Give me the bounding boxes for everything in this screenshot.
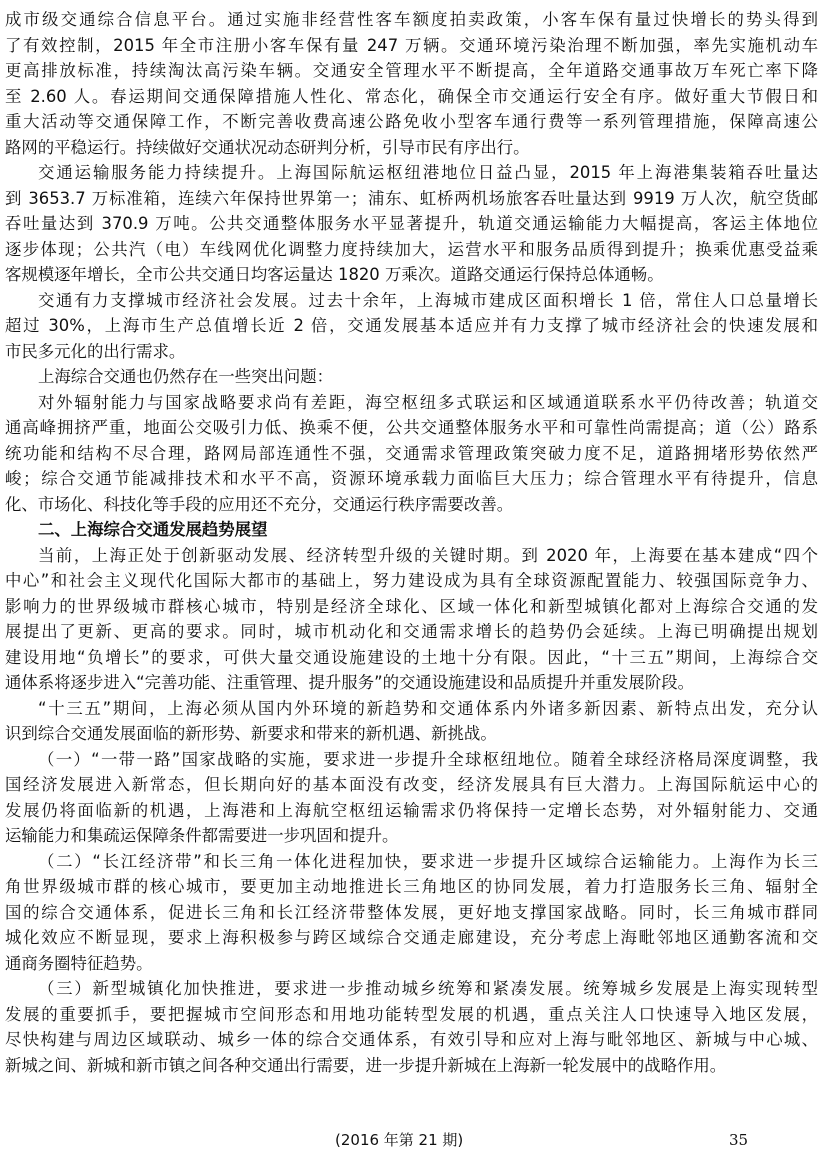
text-line: 吞吐量达到 370.9 万吨。公共交通整体服务水平显著提升，轨道交通运输能力大幅… xyxy=(5,211,818,237)
paragraph: 成市级交通综合信息平台。通过实施非经营性客车额度拍卖政策，小客车保有量过快增长的… xyxy=(5,7,818,160)
text-line: （三）新型城镇化加快推进，要求进一步推动城乡统筹和紧凑发展。统筹城乡发展是上海实… xyxy=(5,976,818,1002)
footer-page-number: 35 xyxy=(729,1129,748,1151)
document-body: 成市级交通综合信息平台。通过实施非经营性客车额度拍卖政策，小客车保有量过快增长的… xyxy=(5,7,818,1078)
text-line: 市民多元化的出行需求。 xyxy=(5,339,818,365)
paragraph: 交通运输服务能力持续提升。上海国际航运枢纽港地位日益凸显，2015 年上海港集装… xyxy=(5,160,818,288)
text-line: 客规模逐年增长，全市公共交通日均客运量达 1820 万乘次。道路交通运行保持总体… xyxy=(5,262,818,288)
text-line: 超过 30%，上海市生产总值增长近 2 倍，交通发展基本适应并有力支撑了城市经济… xyxy=(5,313,818,339)
text-line: 发展的重要抓手，要把握城市空间形态和用地功能转型发展的机遇，重点关注人口快速导入… xyxy=(5,1002,818,1028)
text-line: 重大活动等交通保障工作，不断完善收费高速公路免收小型客车通行费等一系列管理措施，… xyxy=(5,109,818,135)
text-line: 化、市场化、科技化等手段的应用还不充分，交通运行秩序需要改善。 xyxy=(5,492,818,518)
paragraph: 对外辐射能力与国家战略要求尚有差距，海空枢纽多式联运和区域通道联系水平仍待改善；… xyxy=(5,390,818,518)
text-line: 识到综合交通发展面临的新形势、新要求和带来的新机遇、新挑战。 xyxy=(5,721,818,747)
text-line: 了有效控制，2015 年全市注册小客车保有量 247 万辆。交通环境污染治理不断… xyxy=(5,33,818,59)
paragraph: 交通有力支撑城市经济社会发展。过去十余年，上海城市建成区面积增长 1 倍，常住人… xyxy=(5,288,818,365)
text-line: 角世界级城市群的核心城市，要更加主动地推进长三角地区的协同发展，着力打造服务长三… xyxy=(5,874,818,900)
text-line: 上海综合交通也仍然存在一些突出问题： xyxy=(5,364,818,390)
text-line: 统功能和结构不尽合理，路网局部连通性不强，交通需求管理政策突破力度不足，道路拥堵… xyxy=(5,441,818,467)
heading-text: 二、上海综合交通发展趋势展望 xyxy=(5,517,818,543)
text-line: （二）“长江经济带”和长三角一体化进程加快，要求进一步提升区域综合运输能力。上海… xyxy=(5,849,818,875)
text-line: 路网的平稳运行。持续做好交通状况动态研判分析，引导市民有序出行。 xyxy=(5,135,818,161)
text-line: 至 2.60 人。春运期间交通保障措施人性化、常态化，确保全市交通运行安全有序。… xyxy=(5,84,818,110)
text-line: 通商务圈特征趋势。 xyxy=(5,951,818,977)
text-line: 峻；综合交通节能减排技术和水平不高，资源环境承载力面临巨大压力；综合管理水平有待… xyxy=(5,466,818,492)
text-line: “十三五”期间，上海必须从国内外环境的新趋势和交通体系内外诸多新因素、新特点出发… xyxy=(5,696,818,722)
text-line: 新城之间、新城和新市镇之间各种交通出行需要，进一步提升新城在上海新一轮发展中的战… xyxy=(5,1053,818,1079)
text-line: 运输能力和集疏运保障条件都需要进一步巩固和提升。 xyxy=(5,823,818,849)
text-line: 当前，上海正处于创新驱动发展、经济转型升级的关键时期。到 2020 年，上海要在… xyxy=(5,543,818,569)
paragraph: 当前，上海正处于创新驱动发展、经济转型升级的关键时期。到 2020 年，上海要在… xyxy=(5,543,818,696)
paragraph: （一）“一带一路”国家战略的实施，要求进一步提升全球枢纽地位。随着全球经济格局深… xyxy=(5,747,818,849)
text-line: （一）“一带一路”国家战略的实施，要求进一步提升全球枢纽地位。随着全球经济格局深… xyxy=(5,747,818,773)
section-heading: 二、上海综合交通发展趋势展望 xyxy=(5,517,818,543)
text-line: 尽快构建与周边区域联动、城乡一体的综合交通体系，有效引导和应对上海与毗邻地区、新… xyxy=(5,1027,818,1053)
text-line: 通体系将逐步进入“完善功能、注重管理、提升服务”的交通设施建设和品质提升并重发展… xyxy=(5,670,818,696)
footer-issue-label: (2016 年第 21 期) xyxy=(335,1129,463,1151)
text-line: 到 3653.7 万标准箱，连续六年保持世界第一；浦东、虹桥两机场旅客吞吐量达到… xyxy=(5,186,818,212)
paragraph: “十三五”期间，上海必须从国内外环境的新趋势和交通体系内外诸多新因素、新特点出发… xyxy=(5,696,818,747)
paragraph: （三）新型城镇化加快推进，要求进一步推动城乡统筹和紧凑发展。统筹城乡发展是上海实… xyxy=(5,976,818,1078)
text-line: 国经济发展进入新常态，但长期向好的基本面没有改变，经济发展具有巨大潜力。上海国际… xyxy=(5,772,818,798)
text-line: 建设用地“负增长”的要求，可供大量交通设施建设的土地十分有限。因此，“十三五”期… xyxy=(5,645,818,671)
text-line: 展提出了更新、更高的要求。同时，城市机动化和交通需求增长的趋势仍会延续。上海已明… xyxy=(5,619,818,645)
text-line: 成市级交通综合信息平台。通过实施非经营性客车额度拍卖政策，小客车保有量过快增长的… xyxy=(5,7,818,33)
paragraph: （二）“长江经济带”和长三角一体化进程加快，要求进一步提升区域综合运输能力。上海… xyxy=(5,849,818,977)
text-line: 交通运输服务能力持续提升。上海国际航运枢纽港地位日益凸显，2015 年上海港集装… xyxy=(5,160,818,186)
text-line: 通高峰拥挤严重，地面公交吸引力低、换乘不便，公共交通整体服务水平和可靠性尚需提高… xyxy=(5,415,818,441)
text-line: 发展仍将面临新的机遇，上海港和上海航空枢纽运输需求仍将保持一定增长态势，对外辐射… xyxy=(5,798,818,824)
text-line: 国的综合交通体系，促进长三角和长江经济带整体发展，更好地支撑国家战略。同时，长三… xyxy=(5,900,818,926)
paragraph: 上海综合交通也仍然存在一些突出问题： xyxy=(5,364,818,390)
text-line: 中心”和社会主义现代化国际大都市的基础上，努力建设成为具有全球资源配置能力、较强… xyxy=(5,568,818,594)
text-line: 对外辐射能力与国家战略要求尚有差距，海空枢纽多式联运和区域通道联系水平仍待改善；… xyxy=(5,390,818,416)
text-line: 更高排放标准，持续淘汰高污染车辆。交通安全管理水平不断提高，全年道路交通事故万车… xyxy=(5,58,818,84)
text-line: 城化效应不断显现，要求上海积极参与跨区域综合交通走廊建设，充分考虑上海毗邻地区通… xyxy=(5,925,818,951)
text-line: 影响力的世界级城市群核心城市，特别是经济全球化、区域一体化和新型城镇化都对上海综… xyxy=(5,594,818,620)
text-line: 交通有力支撑城市经济社会发展。过去十余年，上海城市建成区面积增长 1 倍，常住人… xyxy=(5,288,818,314)
text-line: 逐步体现；公共汽（电）车线网优化调整力度持续加大，运营水平和服务品质得到提升；换… xyxy=(5,237,818,263)
